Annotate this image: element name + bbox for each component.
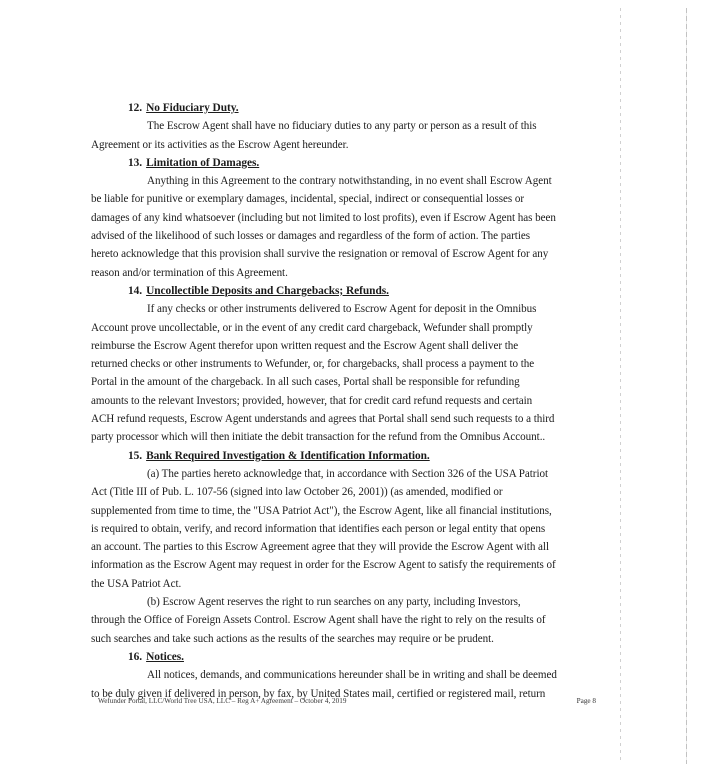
section-14: 14.Uncollectible Deposits and Chargeback… [91,282,583,447]
section-heading: 13.Limitation of Damages. [91,154,583,172]
text-line: The Escrow Agent shall have no fiduciary… [91,117,583,135]
section-heading: 16.Notices. [91,648,583,666]
document-page: 12.No Fiduciary Duty. The Escrow Agent s… [0,0,702,776]
text-line: is required to obtain, verify, and recor… [91,520,583,538]
scan-artifact-line [686,8,687,764]
paragraph-a: (a) The parties hereto acknowledge that,… [91,465,583,593]
section-number: 15. [128,450,142,462]
text-line: amounts to the relevant Investors; provi… [91,392,583,410]
text-line: through the Office of Foreign Assets Con… [91,611,583,629]
section-title: No Fiduciary Duty. [146,102,238,114]
text-line: (b) Escrow Agent reserves the right to r… [91,593,583,611]
section-title: Limitation of Damages. [146,157,259,169]
section-title: Notices. [146,651,184,663]
section-12: 12.No Fiduciary Duty. The Escrow Agent s… [91,99,583,154]
paragraph-b: (b) Escrow Agent reserves the right to r… [91,593,583,648]
text-line: reason and/or termination of this Agreem… [91,264,583,282]
text-line: returned checks or other instruments to … [91,355,583,373]
section-number: 14. [128,285,142,297]
section-13: 13.Limitation of Damages. Anything in th… [91,154,583,282]
text-line: Portal in the amount of the chargeback. … [91,373,583,391]
paragraph: The Escrow Agent shall have no fiduciary… [91,117,583,154]
text-line: supplemented from time to time, the "USA… [91,502,583,520]
section-number: 12. [128,102,142,114]
section-heading: 15.Bank Required Investigation & Identif… [91,447,583,465]
text-line: advised of the likelihood of such losses… [91,227,583,245]
text-line: Act (Title III of Pub. L. 107-56 (signed… [91,483,583,501]
section-15: 15.Bank Required Investigation & Identif… [91,447,583,648]
section-title: Uncollectible Deposits and Chargebacks; … [146,285,389,297]
text-line: damages of any kind whatsoever (includin… [91,209,583,227]
document-body: 12.No Fiduciary Duty. The Escrow Agent s… [91,99,583,703]
text-line: Anything in this Agreement to the contra… [91,172,583,190]
text-line: such searches and take such actions as t… [91,630,583,648]
text-line: Account prove uncollectable, or in the e… [91,319,583,337]
text-line: (a) The parties hereto acknowledge that,… [91,465,583,483]
text-line: If any checks or other instruments deliv… [91,300,583,318]
text-line: party processor which will then initiate… [91,428,583,446]
text-line: All notices, demands, and communications… [91,666,583,684]
section-title: Bank Required Investigation & Identifica… [146,450,430,462]
text-line: Agreement or its activities as the Escro… [91,136,583,154]
paragraph: If any checks or other instruments deliv… [91,300,583,446]
footer-document-title: Wefunder Portal, LLC/World Tree USA, LLC… [98,697,346,705]
text-line: an account. The parties to this Escrow A… [91,538,583,556]
page-footer: Wefunder Portal, LLC/World Tree USA, LLC… [98,697,596,705]
text-line: ACH refund requests, Escrow Agent unders… [91,410,583,428]
page-number: Page 8 [577,697,596,705]
text-line: information as the Escrow Agent may requ… [91,556,583,574]
text-line: hereto acknowledge that this provision s… [91,245,583,263]
section-heading: 12.No Fiduciary Duty. [91,99,583,117]
text-line: the USA Patriot Act. [91,575,583,593]
section-number: 13. [128,157,142,169]
paragraph: Anything in this Agreement to the contra… [91,172,583,282]
text-line: reimburse the Escrow Agent therefor upon… [91,337,583,355]
text-line: be liable for punitive or exemplary dama… [91,190,583,208]
section-number: 16. [128,651,142,663]
section-heading: 14.Uncollectible Deposits and Chargeback… [91,282,583,300]
section-16: 16.Notices. All notices, demands, and co… [91,648,583,703]
scan-artifact-line [620,8,621,764]
